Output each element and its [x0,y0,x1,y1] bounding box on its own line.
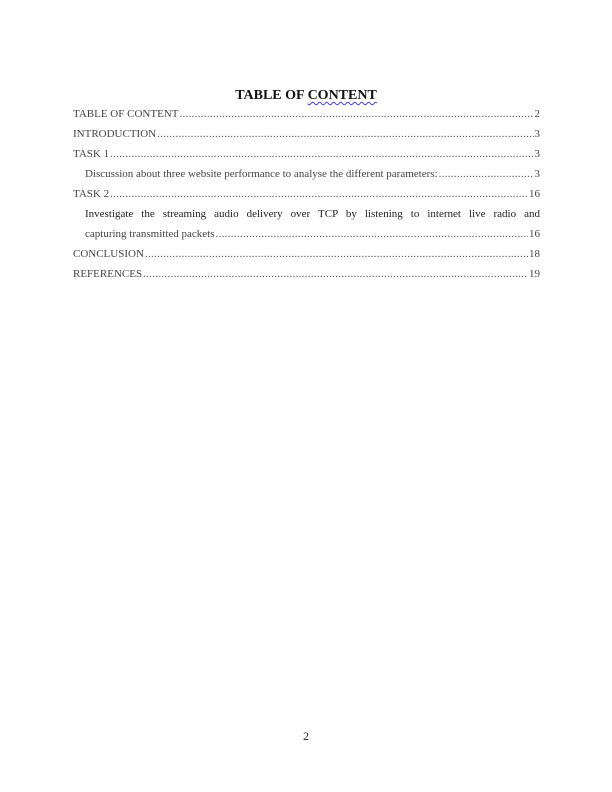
toc-entry-page: 19 [529,264,540,284]
toc-dot-leader [439,164,534,184]
toc-entry-page: 18 [529,244,540,264]
toc-dot-leader [143,264,528,284]
toc-entry-page: 3 [535,124,541,144]
toc-entry-page: 3 [535,144,541,164]
document-page: TABLE OF CONTENT TABLE OF CONTENT 2 INTR… [0,0,612,792]
toc-entry-label: CONCLUSION [73,244,144,264]
page-number: 2 [0,729,612,744]
spellcheck-flagged-word[interactable]: CONTENT [308,88,377,103]
toc-entry-label: capturing transmitted packets [85,224,215,244]
toc-entry-page: 16 [529,224,540,244]
toc-dot-leader [110,184,528,204]
toc-dot-leader [179,104,533,124]
toc-entry-label: REFERENCES [73,264,142,284]
toc-entry-table-of-content[interactable]: TABLE OF CONTENT 2 [73,104,540,124]
toc-dot-leader [216,224,528,244]
toc-entry-page: 3 [535,164,541,184]
toc-entry-label: Investigate the streaming audio delivery… [85,208,540,220]
toc-entry-task-2[interactable]: TASK 2 16 [73,184,540,204]
toc-entry-page: 2 [535,104,541,124]
toc-entry-label: TABLE OF CONTENT [73,104,178,124]
toc-entry-page: 16 [529,184,540,204]
toc-dot-leader [145,244,528,264]
toc-heading: TABLE OF CONTENT [0,88,612,104]
toc-entry-references[interactable]: REFERENCES 19 [73,264,540,284]
toc-entry-investigate-line-2[interactable]: capturing transmitted packets 16 [73,224,540,244]
toc-entry-label: TASK 1 [73,144,109,164]
toc-entry-investigate-line-1[interactable]: Investigate the streaming audio delivery… [73,204,540,224]
toc-entry-label: Discussion about three website performan… [85,164,438,184]
toc-dot-leader [157,124,533,144]
table-of-contents: TABLE OF CONTENT 2 INTRODUCTION 3 TASK 1… [73,104,540,284]
toc-entry-conclusion[interactable]: CONCLUSION 18 [73,244,540,264]
toc-entry-introduction[interactable]: INTRODUCTION 3 [73,124,540,144]
toc-dot-leader [110,144,533,164]
toc-entry-label: INTRODUCTION [73,124,156,144]
toc-entry-label: TASK 2 [73,184,109,204]
toc-heading-prefix: TABLE OF [235,88,307,103]
toc-entry-task-1[interactable]: TASK 1 3 [73,144,540,164]
toc-entry-discussion[interactable]: Discussion about three website performan… [73,164,540,184]
